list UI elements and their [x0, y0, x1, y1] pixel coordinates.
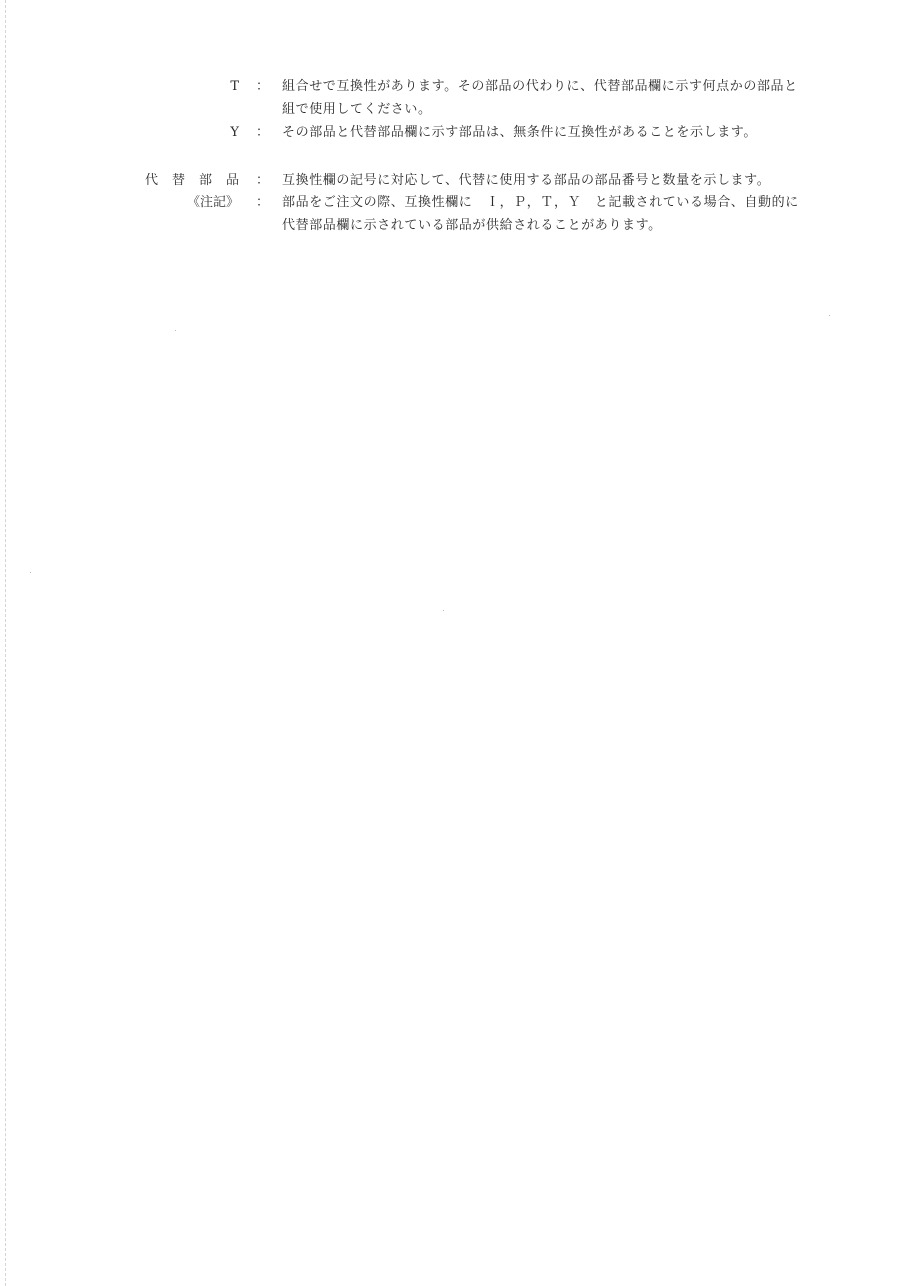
scan-speck: [175, 330, 176, 331]
scan-speck: [30, 572, 31, 573]
definition-term-y: Y: [230, 121, 239, 145]
note-line-1: 《注記》 ： 部品をご注文の際、互換性欄に Ｉ，Ｐ，Ｔ，Ｙ と記載されている場合…: [0, 191, 909, 215]
definition-separator: ：: [256, 75, 269, 99]
scan-speck: [443, 610, 444, 611]
definition-separator: ：: [256, 169, 269, 193]
note-label: 《注記》: [187, 191, 239, 215]
definition-text: 互換性欄の記号に対応して、代替に使用する部品の部品番号と数量を示します。: [282, 169, 770, 193]
definition-t-line-1: T ： 組合せで互換性があります。その部品の代わりに、代替部品欄に示す何点かの部…: [0, 75, 909, 99]
definition-term-substitute-parts: 代替部品: [145, 169, 253, 193]
definition-text: 組で使用してください。: [282, 98, 432, 122]
note-text: 代替部品欄に示されている部品が供給されることがあります。: [282, 214, 662, 238]
note-line-2: 代替部品欄に示されている部品が供給されることがあります。: [0, 214, 909, 238]
definition-y-line-1: Y ： その部品と代替部品欄に示す部品は、無条件に互換性があることを示します。: [0, 121, 909, 145]
definition-separator: ：: [256, 121, 269, 145]
definition-substitute-parts-line-1: 代替部品 ： 互換性欄の記号に対応して、代替に使用する部品の部品番号と数量を示し…: [0, 169, 909, 193]
definition-separator: ：: [256, 191, 269, 215]
note-text: 部品をご注文の際、互換性欄に Ｉ，Ｐ，Ｔ，Ｙ と記載されている場合、自動的に: [282, 191, 799, 215]
definition-t-line-2: 組で使用してください。: [0, 98, 909, 122]
scan-speck: [829, 315, 830, 316]
definition-text: 組合せで互換性があります。その部品の代わりに、代替部品欄に示す何点かの部品と: [282, 75, 798, 99]
definition-term-t: T: [230, 75, 239, 99]
definition-text: その部品と代替部品欄に示す部品は、無条件に互換性があることを示します。: [282, 121, 757, 145]
